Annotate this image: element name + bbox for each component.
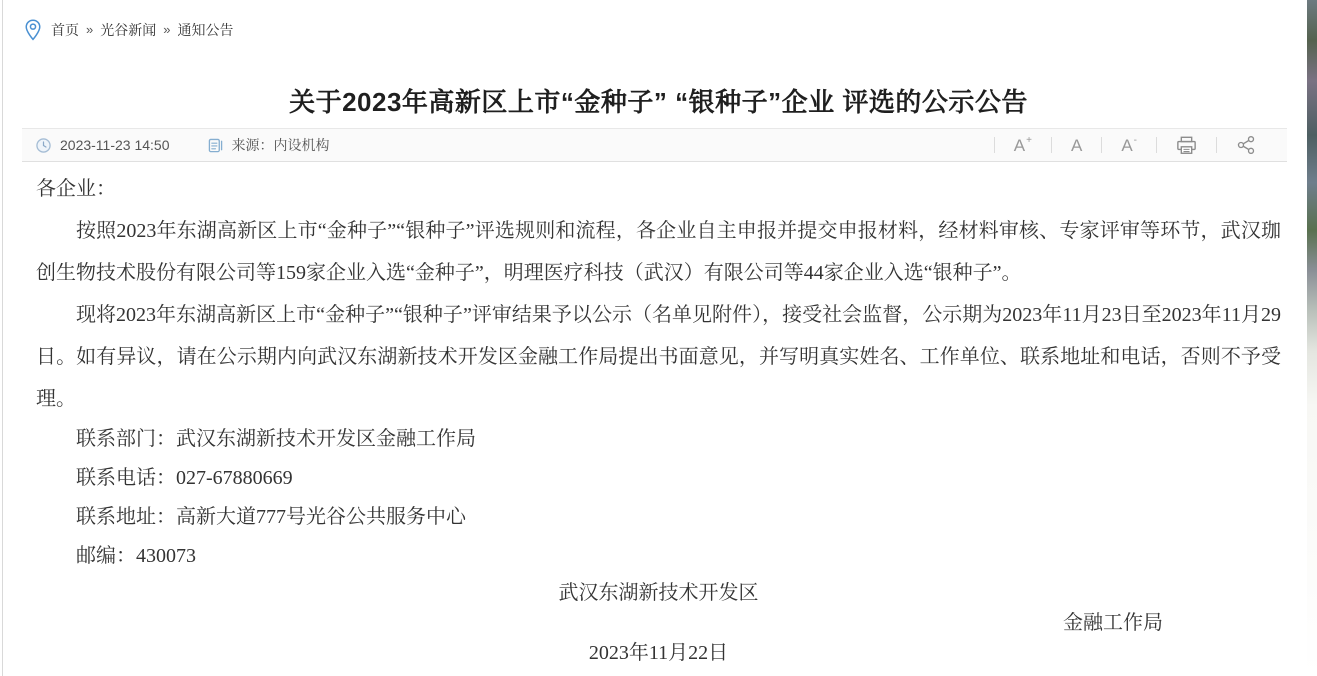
salutation: 各企业： (36, 168, 1281, 210)
paragraph-selection-process: 按照2023年东湖高新区上市“金种子”“银种子”评选规则和流程，各企业自主申报并… (36, 210, 1281, 294)
font-increase-button[interactable]: A+ (995, 137, 1051, 154)
clock-icon (36, 138, 51, 153)
breadcrumb-notice-link[interactable]: 通知公告 (177, 20, 233, 40)
page-title: 关于2023年高新区上市“金种子” “银种子”企业 评选的公示公告 (0, 84, 1317, 120)
location-pin-icon (24, 18, 42, 42)
article-toolbar: A+ A A- (994, 135, 1287, 155)
breadcrumb-separator: » (86, 22, 93, 37)
signature-org-line1: 武汉东湖新技术开发区 (36, 578, 1281, 608)
page-background-strip (1307, 0, 1317, 676)
publish-datetime: 2023-11-23 14:50 (60, 137, 170, 153)
breadcrumb-home-link[interactable]: 首页 (51, 20, 79, 40)
print-button[interactable] (1157, 136, 1216, 155)
contact-department: 联系部门：武汉东湖新技术开发区金融工作局 (36, 420, 1281, 459)
signature-org-line2: 金融工作局 (36, 608, 1281, 638)
signature-block: 武汉东湖新技术开发区 金融工作局 2023年11月22日 (36, 578, 1281, 668)
breadcrumb: 首页 » 光谷新闻 » 通知公告 (0, 0, 1317, 42)
breadcrumb-guanggu-news-link[interactable]: 光谷新闻 (100, 20, 156, 40)
article-meta-bar: 2023-11-23 14:50 来源： 内设机构 A+ A A- (22, 128, 1287, 162)
font-decrease-button[interactable]: A- (1102, 137, 1156, 154)
source-document-icon (208, 138, 223, 153)
share-icon (1236, 135, 1256, 155)
paragraph-publicity-period: 现将2023年东湖高新区上市“金种子”“银种子”评审结果予以公示（名单见附件），… (36, 294, 1281, 420)
font-normal-button[interactable]: A (1052, 137, 1101, 154)
printer-icon (1176, 136, 1197, 155)
share-button[interactable] (1217, 135, 1275, 155)
article-body: 各企业： 按照2023年东湖高新区上市“金种子”“银种子”评选规则和流程，各企业… (0, 168, 1317, 668)
signature-date: 2023年11月22日 (36, 638, 1281, 668)
source-label: 来源： (232, 135, 274, 155)
content-left-border (2, 0, 3, 676)
postal-code: 邮编：430073 (36, 537, 1281, 576)
meta-info: 2023-11-23 14:50 来源： 内设机构 (22, 135, 330, 155)
contact-address: 联系地址：高新大道777号光谷公共服务中心 (36, 498, 1281, 537)
breadcrumb-separator: » (163, 22, 170, 37)
contact-phone: 联系电话：027-67880669 (36, 459, 1281, 498)
source-value: 内设机构 (274, 135, 330, 155)
